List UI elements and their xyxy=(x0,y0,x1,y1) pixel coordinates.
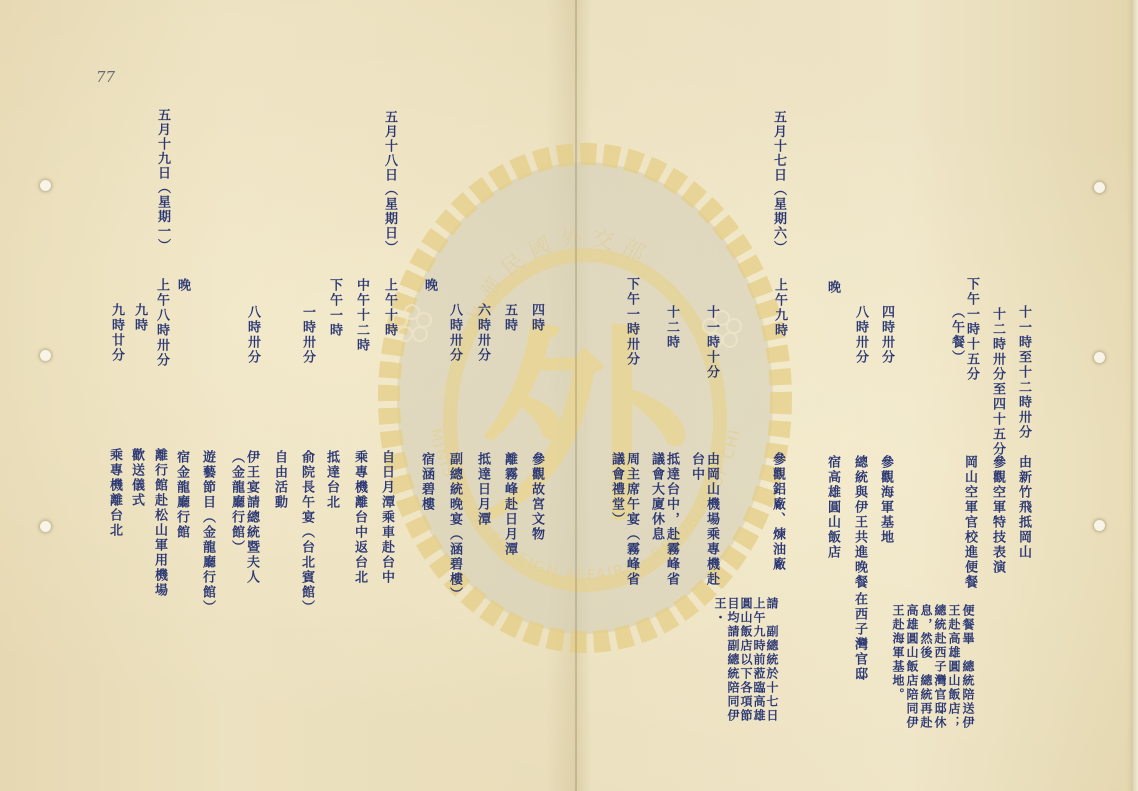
note-column: 目均請副總統陪同伊 xyxy=(727,597,739,723)
entry-activity: 參觀故宮文物 xyxy=(530,452,543,542)
note-column: 總統赴西子灣官邸休 xyxy=(934,604,946,730)
entry-time: 八時卅分 xyxy=(854,305,867,365)
note-column: 王赴海軍基地。 xyxy=(892,604,904,702)
entry-activity: 離行館赴松山軍用機場 xyxy=(153,448,166,598)
entry-time: 四時 xyxy=(530,303,543,333)
entry-activity: 自日月潭乘車赴台中 xyxy=(380,450,393,585)
entry-activity-cont: 台中 xyxy=(690,452,703,482)
entry-activity: 離霧峰赴日月潭 xyxy=(503,452,516,557)
entry-activity: 周主席午宴（霧峰省 xyxy=(625,452,638,587)
entry-activity-cont: 議會禮堂） xyxy=(610,452,623,527)
punch-hole xyxy=(40,521,51,532)
punch-hole xyxy=(1094,520,1105,531)
entry-time: 六時卅分 xyxy=(476,303,489,363)
entry-activity: 俞院長午宴（台北賓館） xyxy=(300,450,313,615)
scanned-document-page: 中華民國外交部 MINISTRY OF FOREIGN AFFAIRS · RE… xyxy=(0,0,1138,791)
entry-activity: 參觀空軍特技表演 xyxy=(991,455,1004,575)
entry-time: 中午十二時 xyxy=(355,278,368,353)
note-column: 息，然後 總統再赴 xyxy=(920,604,932,730)
entry-activity: 參觀鋁廠、煉油廠 xyxy=(771,452,784,572)
entry-activity: 副總統晚宴（涵碧樓） xyxy=(448,452,461,602)
entry-activity: 宿涵碧樓 xyxy=(420,452,433,512)
entry-activity-cont: （金龍廳行館） xyxy=(230,450,243,555)
entry-activity: 歡送儀式 xyxy=(130,448,143,508)
punch-hole xyxy=(1094,352,1105,363)
note-column: 王赴高雄圓山飯店； xyxy=(948,604,960,730)
date-header: 五月十七日（星期六） xyxy=(772,110,785,255)
entry-time: 八時卅分 xyxy=(246,305,259,365)
entry-activity-cont: 議會大廈休息 xyxy=(650,452,663,542)
entry-activity: 抵達台北 xyxy=(325,450,338,510)
note-column: 高雄圓山飯店陪同伊 xyxy=(906,604,918,730)
entry-time-note: （午餐） xyxy=(950,305,963,365)
note-column: 圓山飯店以下各項節 xyxy=(740,597,752,723)
entry-activity: 宿金龍廳行館 xyxy=(175,450,188,540)
entry-time: 九時廿分 xyxy=(110,303,123,363)
center-fold-crease xyxy=(575,0,577,791)
entry-activity: 遊藝節目（金龍廳行館） xyxy=(201,450,214,615)
entry-time: 上午八時卅分 xyxy=(155,278,168,368)
entry-time: 九時 xyxy=(133,303,146,333)
entry-time: 下午一時卅分 xyxy=(625,277,638,367)
entry-time: 一時卅分 xyxy=(301,305,314,365)
entry-time: 四時卅分 xyxy=(880,305,893,365)
entry-time: 十二時 xyxy=(665,305,678,350)
entry-activity: 抵達日月潭 xyxy=(476,452,489,527)
entry-activity: 岡山空軍官校進便餐 xyxy=(963,455,976,590)
entry-time: 十一時至十二時卅分 xyxy=(1017,305,1030,440)
entry-activity: 總統與伊王共進晚餐 xyxy=(853,455,866,590)
entry-time: 十一時十分 xyxy=(705,305,718,380)
entry-activity: 宿高雄圓山飯店 xyxy=(826,455,839,560)
entry-time: 五時 xyxy=(503,303,516,333)
date-header: 五月十八日（星期日） xyxy=(383,110,396,255)
entry-time: 晚 xyxy=(826,280,839,295)
entry-time: 上午十時 xyxy=(383,278,396,338)
date-header: 五月十九日（星期一） xyxy=(156,108,169,253)
entry-activity: 乘專機離台中返台北 xyxy=(353,450,366,585)
entry-time: 十二時卅分至四十五分 xyxy=(991,307,1004,457)
note-column: 請 副總統於十七日 xyxy=(766,597,778,723)
entry-time: 下午一時十五分 xyxy=(965,277,978,382)
entry-activity: 由岡山機場乘專機赴 xyxy=(705,452,718,587)
entry-activity-location: 在西子灣官邸 xyxy=(853,592,866,682)
punch-hole xyxy=(40,180,51,191)
entry-time: 下午一時 xyxy=(328,278,341,338)
entry-activity: 伊王宴請總統暨夫人 xyxy=(245,450,258,585)
entry-time: 晚 xyxy=(423,278,436,293)
entry-activity: 由新竹飛抵岡山 xyxy=(1017,455,1030,560)
punch-hole xyxy=(40,350,51,361)
note-column: 上午九時前蒞臨高雄 xyxy=(753,597,765,723)
entry-activity: 參觀海軍基地 xyxy=(879,455,892,545)
entry-activity: 乘專機離台北 xyxy=(108,448,121,538)
paper-right-edge xyxy=(1131,0,1138,791)
handwritten-page-number: 77 xyxy=(96,68,115,86)
entry-time: 晚 xyxy=(176,278,189,293)
entry-time: 上午九時 xyxy=(773,278,786,338)
note-column: 王・ xyxy=(714,597,726,625)
note-column: 便餐畢 總統陪送伊 xyxy=(962,604,974,730)
entry-activity: 自由活動 xyxy=(273,450,286,510)
entry-activity: 抵達台中，赴霧峰省 xyxy=(665,452,678,587)
entry-time: 八時卅分 xyxy=(448,303,461,363)
punch-hole xyxy=(1094,182,1105,193)
